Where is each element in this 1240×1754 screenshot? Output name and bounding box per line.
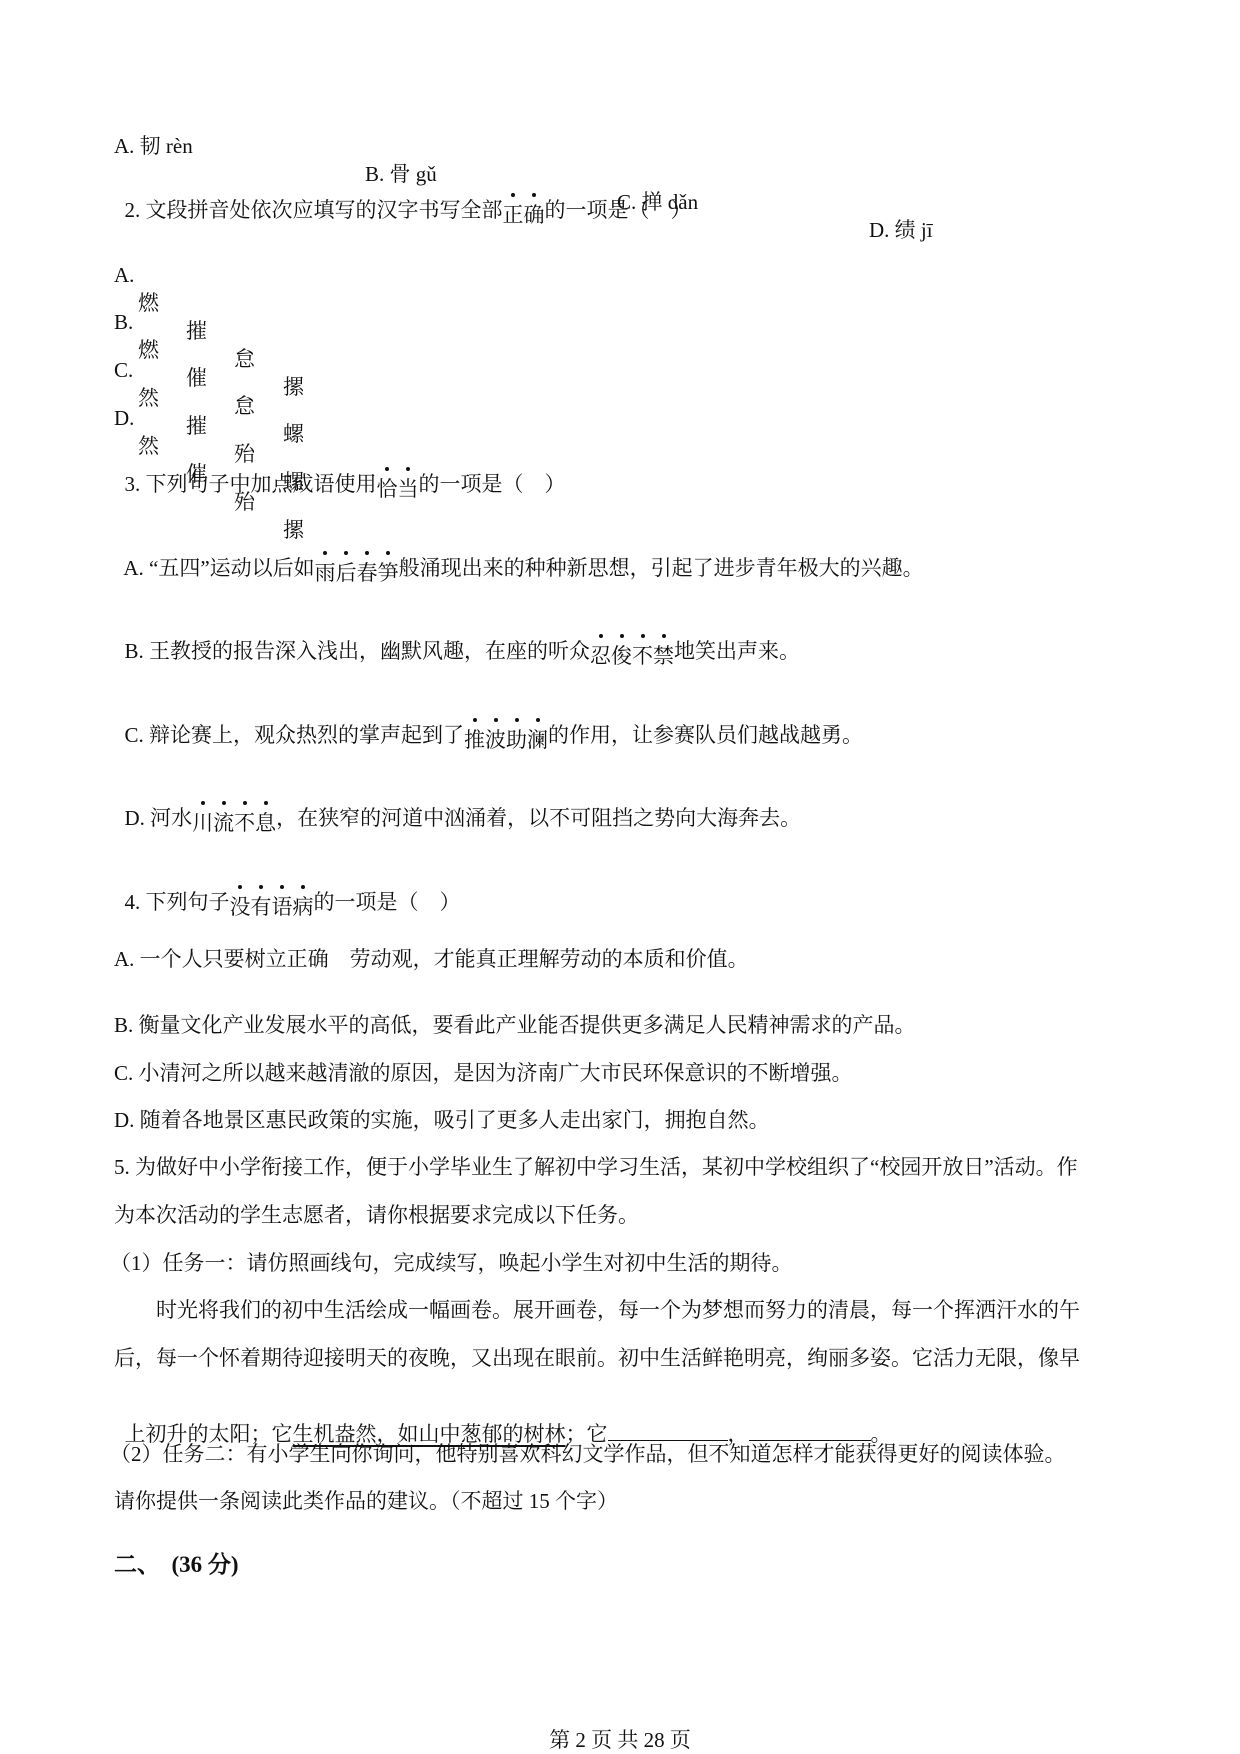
emphasis-char: 推 — [464, 726, 485, 754]
q3-prefix: 3. 下列句子中加点成语使用 — [125, 472, 377, 496]
emphasis-char: 语 — [272, 893, 293, 921]
answer-blank-1[interactable] — [608, 1420, 728, 1441]
option-char: 摞 — [283, 373, 304, 401]
emphasis-char: 有 — [251, 893, 272, 921]
q3-option-d: D. 河水川流不息，在狭窄的河道中汹涌着，以不可阻挡之势向大海奔去。 — [114, 776, 801, 832]
emphasis-char: 恰 — [377, 475, 398, 503]
q3-stem: 3. 下列句子中加点成语使用恰当的一项是（ ） — [114, 442, 566, 498]
q5-passage-line1: 时光将我们的初中生活绘成一幅画卷。展开画卷，每一个为梦想而努力的清晨，每一个挥洒… — [114, 1296, 1080, 1324]
emphasis-char: 助 — [506, 726, 527, 754]
option-suffix: 般涌现出来的种种新思想，引起了进步青年极大的兴趣。 — [399, 556, 924, 580]
q3-option-a: A. “五四”运动以后如雨后春笋般涌现出来的种种新思想，引起了进步青年极大的兴趣… — [114, 526, 924, 582]
option-prefix: D. 河水 — [125, 806, 193, 830]
option-prefix: C. 辩论赛上，观众热烈的掌声起到了 — [125, 723, 465, 747]
q4-option-c: C. 小清河之所以越来越清澈的原因，是因为济南广大市民环保意识的不断增强。 — [114, 1059, 853, 1087]
emphasis-char: 春 — [357, 559, 378, 587]
option-prefix: A. “五四”运动以后如 — [123, 556, 314, 580]
emphasis-char: 禁 — [653, 642, 674, 670]
q5-stem-line1: 5. 为做好中小学衔接工作，便于小学毕业生了解初中学习生活，某初中学校组织了“校… — [114, 1153, 1078, 1181]
option-char: 怠 — [234, 392, 255, 420]
q2-stem: 2. 文段拼音处依次应填写的汉字书写全部正确的一项是（ ） — [114, 168, 692, 224]
option-char: 然 — [138, 384, 159, 412]
option-char: 催 — [186, 364, 207, 392]
option-char: 燃 — [138, 336, 159, 364]
option-letter: D. — [114, 404, 134, 432]
q3-option-c: C. 辩论赛上，观众热烈的掌声起到了推波助澜的作用，让参赛队员们越战越勇。 — [114, 693, 863, 749]
q2-prefix: 2. 文段拼音处依次应填写的汉字书写全部 — [125, 198, 503, 222]
q5-task1: （1）任务一：请仿照画线句，完成续写，唤起小学生对初中生活的期待。 — [110, 1249, 793, 1277]
q5-task2-line2: 请你提供一条阅读此类作品的建议。（不超过 15 个字） — [114, 1487, 618, 1515]
emphasis-char: 正 — [503, 201, 524, 229]
option-suffix: ，在狭窄的河道中汹涌着，以不可阻挡之势向大海奔去。 — [276, 806, 801, 830]
emphasis-char: 雨 — [315, 559, 336, 587]
emphasis-char: 确 — [524, 201, 545, 229]
emphasis-char: 病 — [293, 893, 314, 921]
emphasis-char: 后 — [336, 559, 357, 587]
emphasis-char: 忍 — [590, 642, 611, 670]
emphasis-char: 息 — [255, 809, 276, 837]
emphasis-char: 波 — [485, 726, 506, 754]
emphasis-char: 当 — [398, 475, 419, 503]
option-prefix: B. 王教授的报告深入浅出，幽默风趣，在座的听众 — [125, 639, 591, 663]
q5-passage-line2: 后，每一个怀着期待迎接明天的夜晚，又出现在眼前。初中生活鲜艳明亮，绚丽多姿。它活… — [114, 1344, 1080, 1372]
q4-option-a: A. 一个人只要树立正确 劳动观，才能真正理解劳动的本质和价值。 — [114, 945, 749, 973]
q1-options: A. 韧 rèn B. 骨 gǔ C. 掸 dǎn D. 绩 jī — [0, 104, 11, 244]
emphasis-char: 没 — [230, 893, 251, 921]
q1-option-a: A. 韧 rèn — [114, 132, 193, 160]
option-suffix: 的作用，让参赛队员们越战越勇。 — [548, 723, 863, 747]
emphasis-char: 川 — [192, 809, 213, 837]
option-char: 怠 — [234, 345, 255, 373]
q5-task2-line1: （2）任务二：有小学生向你询问，他特别喜欢科幻文学作品，但不知道怎样才能获得更好… — [110, 1440, 1066, 1468]
q4-option-b: B. 衡量文化产业发展水平的高低，要看此产业能否提供更多满足人民精神需求的产品。 — [114, 1011, 916, 1039]
q4-option-d: D. 随着各地景区惠民政策的实施，吸引了更多人走出家门，拥抱自然。 — [114, 1106, 770, 1134]
option-suffix: 地笑出声来。 — [674, 639, 800, 663]
q4-suffix: 的一项是（ ） — [314, 890, 461, 914]
option-char: 摧 — [186, 412, 207, 440]
option-char: 摧 — [186, 317, 207, 345]
emphasis-char: 不 — [632, 642, 653, 670]
emphasis-char: 流 — [213, 809, 234, 837]
emphasis-char: 不 — [234, 809, 255, 837]
answer-blank-2[interactable] — [749, 1420, 871, 1441]
emphasis-char: 笋 — [378, 559, 399, 587]
q1-option-d: D. 绩 jī — [869, 216, 933, 244]
page-number: 第 2 页 共 28 页 — [0, 1724, 1240, 1754]
q4-prefix: 4. 下列句子 — [125, 890, 230, 914]
q5-stem-line2: 为本次活动的学生志愿者，请你根据要求完成以下任务。 — [114, 1201, 639, 1229]
option-char: 燃 — [138, 289, 159, 317]
q3-option-b: B. 王教授的报告深入浅出，幽默风趣，在座的听众忍俊不禁地笑出声来。 — [114, 609, 800, 665]
q3-suffix: 的一项是（ ） — [419, 472, 566, 496]
emphasis-char: 澜 — [527, 726, 548, 754]
q4-stem: 4. 下列句子没有语病的一项是（ ） — [114, 860, 461, 916]
q2-suffix: 的一项是（ ） — [545, 198, 692, 222]
section-heading: 二、 (36 分) — [114, 1546, 239, 1579]
emphasis-char: 俊 — [611, 642, 632, 670]
